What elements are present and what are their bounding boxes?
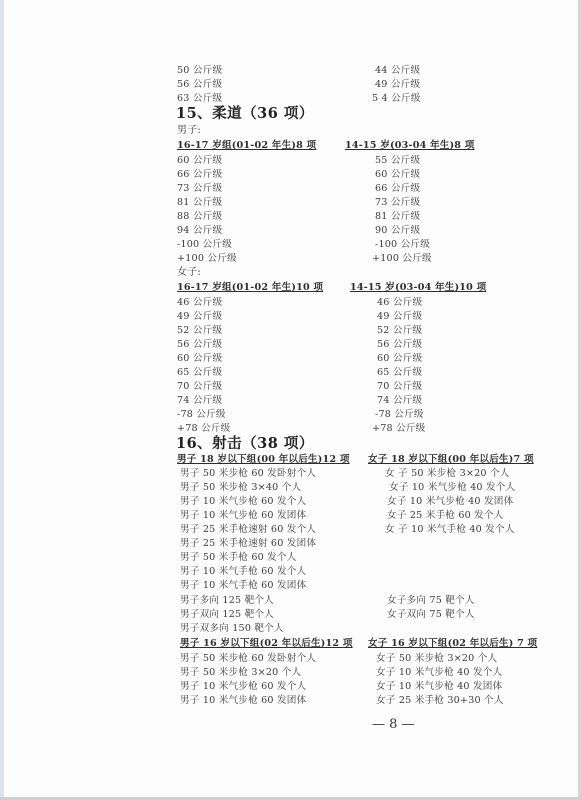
weight-class: 66 公斤级 [375,182,420,195]
document-page: 50 公斤级 56 公斤级 63 公斤级 44 公斤级 49 公斤级 5 4 公… [0,0,581,800]
event-item: 女子 50 米步枪 3×20 个人 [376,652,497,665]
weight-class: 81 公斤级 [375,210,420,223]
group-heading: 男子 16 岁以下组(02 年以后生)12 项 [180,637,353,650]
event-item: 男子 25 米手枪速射 60 发个人 [180,523,316,536]
gender-label-men: 男子: [177,124,201,137]
weight-class: 52 公斤级 [177,324,222,337]
weight-class: 74 公斤级 [377,394,422,407]
weight-class: 90 公斤级 [375,224,420,237]
weight-class: -100 公斤级 [375,238,430,251]
weight-class: 60 公斤级 [177,352,222,365]
weight-class: +100 公斤级 [177,252,237,265]
group-heading: 男子 18 岁以下组(00 年以后生)12 项 [177,453,350,466]
event-item: 男子双向 125 靶个人 [180,608,274,621]
event-item: 女子 10 米气步枪 40 发个人 [376,666,502,679]
weight-class: 49 公斤级 [375,78,420,91]
weight-class: 49 公斤级 [377,310,422,323]
weight-class: 94 公斤级 [177,224,222,237]
gender-label-women: 女子: [177,266,201,279]
page-number: — 8 — [372,717,415,733]
weight-class: 60 公斤级 [177,154,222,167]
weight-class: 65 公斤级 [177,366,222,379]
weight-class: 88 公斤级 [177,210,222,223]
weight-class: 46 公斤级 [177,296,222,309]
group-heading: 女子 18 岁以下组(00 年以后生)7 项 [368,453,534,466]
weight-class: 52 公斤级 [377,324,422,337]
weight-class: -100 公斤级 [177,238,232,251]
event-item: 女子双向 75 靶个人 [387,608,475,621]
event-item: 男子 25 米手枪速射 60 发团体 [180,537,316,550]
event-item: 男子 10 米气手枪 60 发团体 [180,579,306,592]
weight-class: 56 公斤级 [377,338,422,351]
weight-class: 65 公斤级 [377,366,422,379]
weight-class: +78 公斤级 [177,422,230,435]
section-heading-shooting: 16、射击（38 项） [176,435,314,453]
event-item: 男子多向 125 靶个人 [180,594,274,607]
event-item: 男子 50 米手枪 60 发个人 [180,551,297,564]
weight-class: +78 公斤级 [372,422,425,435]
weight-class: 73 公斤级 [177,182,222,195]
event-item: 女子 10 米气步枪 40 发团体 [376,680,502,693]
weight-class: 66 公斤级 [177,168,222,181]
weight-class: 70 公斤级 [177,380,222,393]
group-heading: 16-17 岁组(01-02 年生)8 项 [177,139,316,152]
weight-class: 55 公斤级 [375,154,420,167]
event-item: 男子 10 米气步枪 60 发团体 [180,694,306,707]
weight-class: 56 公斤级 [177,78,222,91]
weight-class: +100 公斤级 [372,252,432,265]
event-item: 女子 10 米气步枪 40 发团体 [387,495,513,508]
event-item: 女子 10 米气步枪 40 发个人 [389,481,515,494]
weight-class: 63 公斤级 [177,92,222,105]
event-item: 男子 10 米气步枪 60 发个人 [180,495,306,508]
event-item: 男子双多向 150 靶个人 [180,622,284,635]
weight-class: 60 公斤级 [377,352,422,365]
weight-class: 73 公斤级 [375,196,420,209]
weight-class: 44 公斤级 [375,64,420,77]
weight-class: -78 公斤级 [177,408,226,421]
weight-class: 56 公斤级 [177,338,222,351]
weight-class: -78 公斤级 [375,408,424,421]
event-item: 男子 50 米步枪 60 发卧射个人 [180,467,316,480]
weight-class: 81 公斤级 [177,196,222,209]
event-item: 男子 10 米气手枪 60 发个人 [180,565,306,578]
event-item: 男子 10 米气步枪 60 发个人 [180,680,306,693]
event-item: 男子 10 米气步枪 60 发团体 [180,509,306,522]
event-item: 女子 25 米手枪 60 发个人 [387,509,504,522]
event-item: 男子 50 米步枪 3×40 个人 [180,481,301,494]
group-heading: 14-15 岁(03-04 年生)8 项 [345,139,475,152]
group-heading: 16-17 岁组(01-02 年生)10 项 [177,281,323,294]
group-heading: 女子 16 岁以下组(02 年以后生) 7 项 [368,637,537,650]
weight-class: 49 公斤级 [177,310,222,323]
weight-class: 60 公斤级 [375,168,420,181]
event-item: 女 子 10 米气手枪 40 发个人 [385,523,515,536]
event-item: 男子 50 米步枪 3×20 个人 [180,666,301,679]
event-item: 女 子 50 米步枪 3×20 个人 [385,467,510,480]
event-item: 男子 50 米步枪 60 发卧射个人 [180,652,316,665]
event-item: 女子多向 75 靶个人 [387,594,475,607]
section-heading-judo: 15、柔道（36 项） [176,105,314,123]
weight-class: 70 公斤级 [377,380,422,393]
group-heading: 14-15 岁(03-04 年生)10 项 [350,281,486,294]
weight-class: 46 公斤级 [377,296,422,309]
event-item: 女子 25 米手枪 30+30 个人 [376,694,504,707]
weight-class: 50 公斤级 [177,64,222,77]
weight-class: 74 公斤级 [177,394,222,407]
weight-class: 5 4 公斤级 [372,92,421,105]
